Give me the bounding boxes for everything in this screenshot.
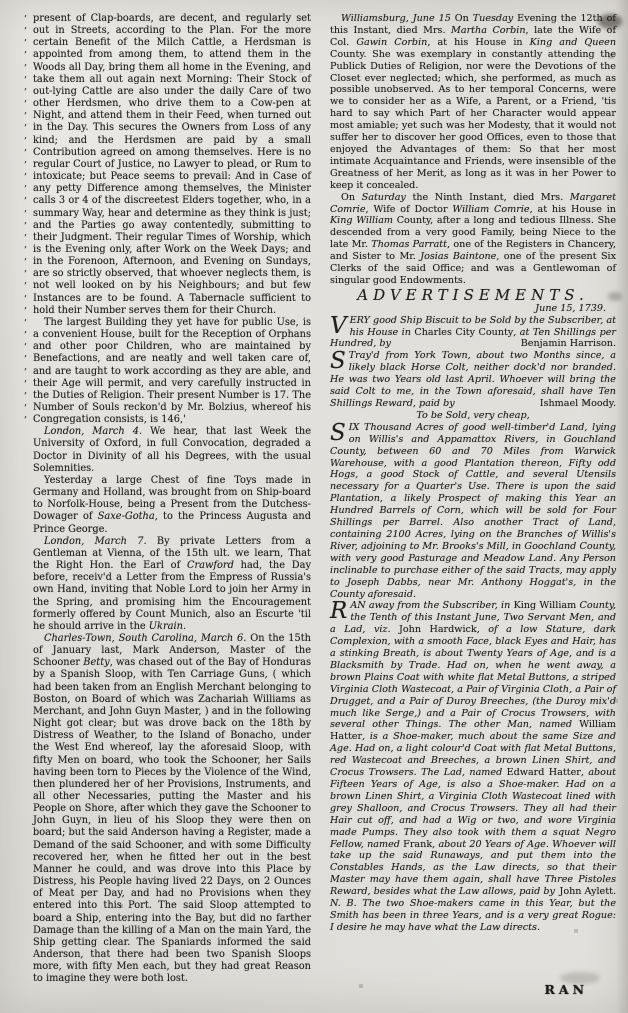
left-column: ’ ’ ’ ’ ’ ’ ’ ’ ’ ’ ’ ’ ’ ’ ’ ’ ’ ’ ’ ’ … [33, 13, 311, 986]
news-item-london-march-4: London, March 4. We hear, that last Week… [33, 426, 311, 475]
signature: John Aylett. [560, 886, 617, 898]
newspaper-page: ’ ’ ’ ’ ’ ’ ’ ’ ’ ’ ’ ’ ’ ’ ’ ’ ’ ’ ’ ’ … [0, 0, 628, 1013]
text-run: County. She was exemplary in constantly … [330, 49, 616, 191]
text-run: King William [514, 600, 577, 611]
ad-sale-line: To be Sold, very cheap, [330, 410, 616, 422]
ad-ship-biscuit: VERY good Ship Biscuit to be Sold by the… [330, 315, 616, 351]
text-run: , Wife of Doctor [366, 204, 453, 215]
text-run: The largest Building they yet have for p… [33, 317, 311, 425]
italic-text-run: Saturday [362, 192, 406, 203]
quoted-extract: ’ ’ ’ ’ ’ ’ ’ ’ ’ ’ ’ ’ ’ ’ ’ ’ ’ ’ ’ ’ … [33, 13, 311, 426]
paper-speckles [0, 0, 2, 2]
italic-text-run: Martha Corbin [451, 25, 526, 36]
ad-strayed-colt: STray'd from York Town, about two Months… [330, 350, 616, 410]
drop-cap: R [330, 600, 350, 621]
italic-text-run: William Comrie [452, 204, 529, 215]
italic-text-run: ADVERTISEMENTS. [357, 286, 589, 304]
italic-text-run: Charles-Town, South Carolina, March 6. [44, 633, 246, 644]
news-item-toys: Yesterday a large Chest of fine Toys mad… [33, 475, 311, 536]
text-run: John Hardwick [399, 624, 477, 635]
italic-text-run: To be Sold, very cheap, [416, 410, 529, 421]
text-run: , at his House in [530, 204, 616, 215]
italic-text-run: Josias Baintone [420, 251, 496, 262]
text-run: Frank [403, 839, 432, 850]
text-run: the Ninth Instant, died Mrs. [406, 192, 570, 203]
text-run: , was chased out of the Bay of Honduras … [33, 657, 311, 984]
ad-land-sale: SIX Thousand Acres of good well-timber'd… [330, 422, 616, 601]
italic-text-run: King William [330, 215, 393, 226]
italic-text-run: AN away from the Subscriber, in [350, 600, 513, 611]
italic-text-run: Saxe-Gotha [98, 511, 155, 522]
ad-runaways-nota-bene: N. B. The two Shoe-makers came in this Y… [330, 898, 616, 934]
ad-runaways: RAN away from the Subscriber, in King Wi… [330, 600, 616, 898]
advertisements-date: June 15, 1739. [330, 303, 616, 315]
text-run: present of Clap-boards, are decent, and … [33, 13, 311, 316]
italic-text-run: Betty [83, 657, 109, 668]
italic-text-run: N. B. The two Shoe-makers came in this Y… [330, 898, 616, 933]
quoted-report-paragraph-1: present of Clap-boards, are decent, and … [33, 13, 311, 317]
text-run: . [183, 621, 186, 632]
italic-text-run: Williamsburg, June 15 [341, 13, 451, 24]
scan-edge-shading [616, 0, 628, 1013]
italic-text-run: Gawin Corbin [356, 37, 427, 48]
text-run: Edward Hatter [507, 767, 581, 778]
news-item-london-march-7: London, March 7. By private Letters from… [33, 536, 311, 633]
catchword: RAN [544, 982, 588, 997]
drop-cap: V [330, 315, 350, 336]
italic-text-run: Tuesday [473, 13, 513, 24]
news-item-comrie-obituary: On Saturday the Ninth Instant, died Mrs.… [330, 192, 616, 287]
news-item-williamsburg-corbin: Williamsburg, June 15 On Tuesday Evening… [330, 13, 616, 192]
text-run: , at his House in [427, 37, 529, 48]
signature: Benjamin Harrison. [521, 338, 616, 350]
italic-text-run: Ukrain [149, 621, 183, 632]
news-item-charles-town: Charles-Town, South Carolina, March 6. O… [33, 633, 311, 986]
text-run: On [341, 192, 362, 203]
margin-quote-marks: ’ ’ ’ ’ ’ ’ ’ ’ ’ ’ ’ ’ ’ ’ ’ ’ ’ ’ ’ ’ … [24, 14, 27, 427]
italic-text-run: Crawford [187, 560, 234, 571]
text-run: Charles City County [414, 327, 513, 338]
italic-text-run: London, March 4. [44, 426, 142, 437]
italic-text-run: IX Thousand Acres of good well-timber'd … [330, 422, 616, 600]
right-column: Williamsburg, June 15 On Tuesday Evening… [330, 13, 616, 934]
italic-text-run: , about Fifteen Years of Age, is also a … [330, 767, 616, 849]
text-run: On [451, 13, 473, 24]
drop-cap: S [330, 422, 349, 443]
drop-cap: S [330, 350, 349, 371]
quoted-report-paragraph-2: The largest Building they yet have for p… [33, 317, 311, 426]
signature: Ishmael Moody. [540, 398, 616, 410]
advertisements-heading: ADVERTISEMENTS. [330, 290, 616, 302]
italic-text-run: Thomas Parratt [371, 239, 447, 250]
italic-text-run: King and Queen [530, 37, 616, 48]
italic-text-run: , of a low Stature, dark Complexion, wit… [330, 624, 616, 730]
italic-text-run: June 15, 1739. [535, 303, 606, 314]
italic-text-run: London, March 7. [44, 536, 147, 547]
